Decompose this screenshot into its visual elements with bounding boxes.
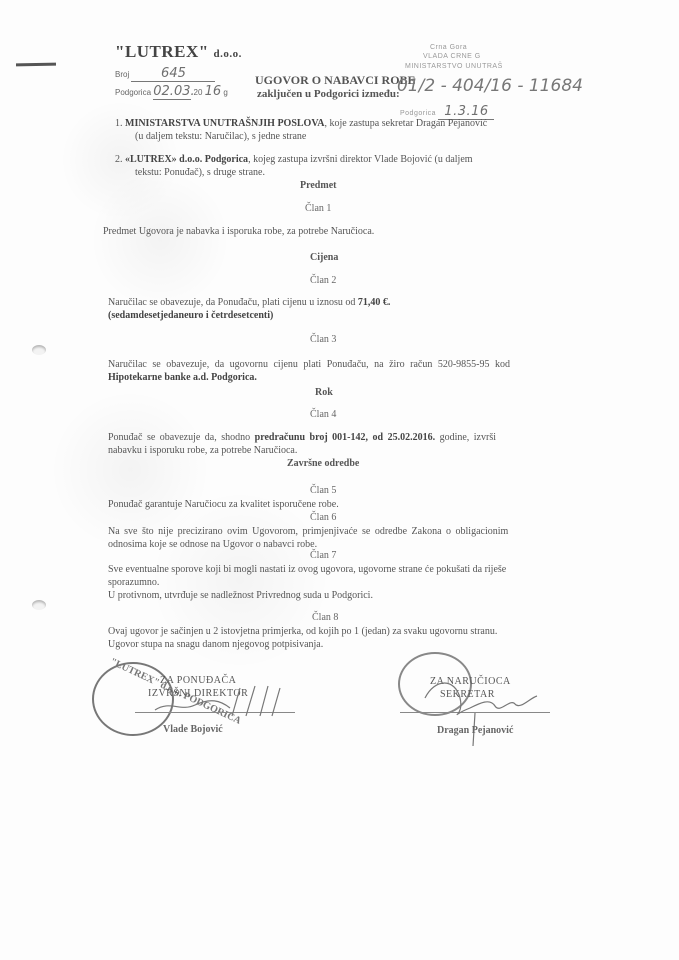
year-suffix: g: [223, 88, 227, 97]
party-1-text: , koje zastupa sekretar Dragan Pejanović: [325, 118, 488, 129]
clan-2-label: Član 2: [310, 275, 336, 286]
clan-3-bank: Hipotekarne banke a.d. Podgorica.: [108, 371, 257, 384]
party-2-text: , kojeg zastupa izvršni direktor Vlade B…: [248, 154, 472, 165]
date-value: 02.03.: [153, 84, 191, 100]
section-zavrsne-odredbe: Završne odredbe: [287, 458, 359, 469]
company-logo-name: "LUTREX": [115, 42, 209, 61]
broj-field: Broj 645: [115, 66, 215, 82]
party-2-number: 2.: [115, 154, 123, 165]
contract-amount: 71,40 €.: [358, 297, 391, 308]
stamp-line-2: VLADA CRNE G: [423, 53, 481, 60]
contract-amount-words: (sedamdesetjedaneuro i četrdesetcenti): [108, 309, 273, 322]
left-handwritten-signature: [150, 680, 290, 720]
section-rok: Rok: [315, 387, 333, 398]
party-2-name: «LUTREX» d.o.o. Podgorica: [125, 154, 248, 165]
clan-6-label: Član 6: [310, 512, 336, 523]
document-subtitle: zaključen u Podgorici između:: [257, 88, 400, 100]
clan-6-line-1: Na sve što nije precizirano ovim Ugovoro…: [108, 525, 508, 538]
clan-6-line-2: odnosima koje se odnose na Ugovor o naba…: [108, 538, 317, 551]
podgorica-label: Podgorica: [115, 88, 151, 97]
clan-3-label: Član 3: [310, 334, 336, 345]
right-signatory-name: Dragan Pejanović: [437, 724, 513, 737]
clan-7-line-3: U protivnom, utvrđuje se nadležnost Priv…: [108, 589, 373, 602]
year-value: 16: [205, 84, 222, 99]
clan-4-label: Član 4: [310, 409, 336, 420]
registry-number: 01/2 - 404/16 - 11684: [397, 76, 583, 96]
party-1-number: 1.: [115, 118, 123, 129]
clan-7-line-1: Sve eventualne sporove koji bi mogli nas…: [108, 563, 506, 576]
party-1: 1. MINISTARSTVA UNUTRAŠNJIH POSLOVA, koj…: [115, 117, 487, 130]
clan-4-body-end: godine, izvrši: [435, 432, 496, 443]
clan-2-body: Naručilac se obavezuje, da Ponuđaču, pla…: [108, 297, 358, 308]
stamp-line-1: Crna Gora: [430, 44, 467, 51]
company-logo-suffix: d.o.o.: [213, 48, 241, 60]
clan-8-line-1: Ovaj ugovor je sačinjen u 2 istovjetna p…: [108, 625, 497, 638]
clan-5-label: Član 5: [310, 485, 336, 496]
stamp-date-label: Podgorica: [400, 110, 436, 117]
broj-label: Broj: [115, 70, 129, 79]
invoice-reference: predračunu broj 001-142, od 25.02.2016.: [255, 432, 435, 443]
clan-8-label: Član 8: [312, 612, 338, 623]
party-1-name: MINISTARSTVA UNUTRAŠNJIH POSLOVA: [125, 118, 325, 129]
party-2: 2. «LUTREX» d.o.o. Podgorica, kojeg zast…: [115, 153, 473, 166]
section-predmet: Predmet: [300, 180, 336, 191]
clan-7-label: Član 7: [310, 550, 336, 561]
clan-1-label: Član 1: [305, 203, 331, 214]
clan-7-line-2: sporazumno.: [108, 576, 159, 589]
stamp-line-3: MINISTARSTVO UNUTRAŠ: [405, 63, 503, 70]
broj-value: 645: [131, 66, 215, 82]
party-1-role: (u daljem tekstu: Naručilac), s jedne st…: [135, 130, 306, 143]
punch-hole-bottom: [32, 600, 46, 610]
scanned-contract-page: "LUTREX" d.o.o. Broj 645 Podgorica 02.03…: [0, 0, 679, 960]
clan-4-body-start: Ponuđač se obavezuje da, shodno: [108, 432, 255, 443]
clan-4-line-2: nabavku i isporuku robe, za potrebe Naru…: [108, 444, 297, 457]
punch-hole-top: [32, 345, 46, 355]
section-cijena: Cijena: [310, 252, 338, 263]
margin-pen-mark: [16, 63, 56, 67]
date-field: Podgorica 02.03. 20 16 g: [115, 84, 228, 100]
document-title: UGOVOR O NABAVCI ROBE: [255, 73, 416, 88]
clan-5-text: Ponuđač garantuje Naručiocu za kvalitet …: [108, 498, 339, 511]
clan-4-text: Ponuđač se obavezuje da, shodno predraču…: [108, 431, 496, 444]
left-signatory-name: Vlade Bojović: [163, 723, 223, 736]
company-logo: "LUTREX" d.o.o.: [115, 42, 242, 62]
clan-8-line-2: Ugovor stupa na snagu danom njegovog pot…: [108, 638, 323, 651]
clan-3-text: Naručilac se obavezuje, da ugovornu cije…: [108, 358, 510, 371]
party-2-role: tekstu: Ponuđač), s druge strane.: [135, 166, 265, 179]
year-label: 20: [194, 88, 203, 97]
clan-1-text: Predmet Ugovora je nabavka i isporuka ro…: [103, 225, 374, 238]
clan-2-text: Naručilac se obavezuje, da Ponuđaču, pla…: [108, 296, 390, 309]
